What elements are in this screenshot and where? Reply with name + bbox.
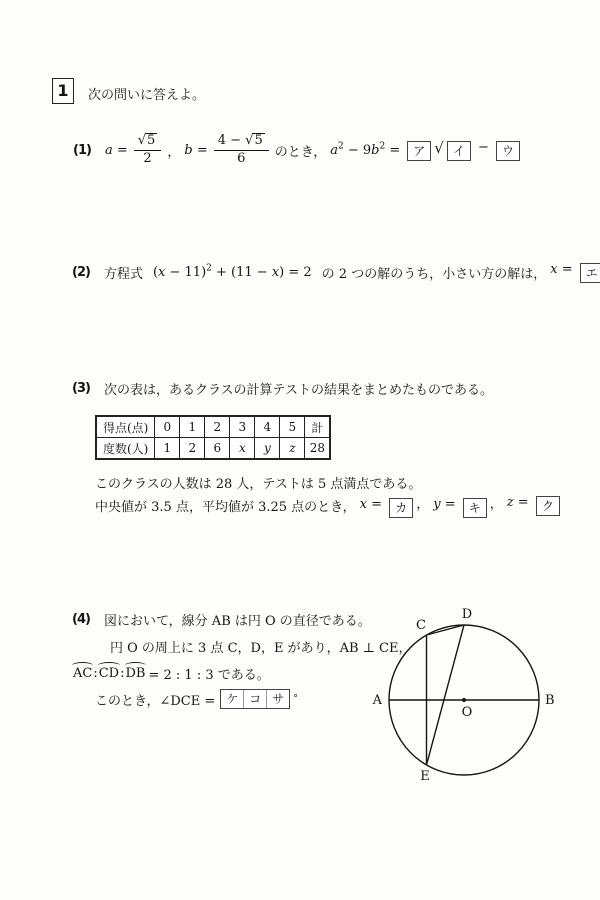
sqrt-radical: √5 bbox=[245, 133, 265, 149]
value-cell: 0 bbox=[155, 416, 180, 438]
q4-arc-ratio: AC : CD : DB = 2 : 1 : 3 である。 bbox=[72, 664, 272, 683]
arc-ratio-value: = 2 : 1 : 3 である。 bbox=[148, 664, 269, 683]
center-label-O: O bbox=[462, 705, 473, 720]
value-cell: 3 bbox=[230, 416, 255, 438]
problem-header: 1 bbox=[52, 78, 74, 104]
point-label-B: B bbox=[545, 693, 555, 708]
problem-instruction: 次の問いに答えよ。 bbox=[88, 84, 205, 103]
q1-comma: ， bbox=[167, 141, 180, 160]
q3-label: (3) bbox=[72, 381, 90, 396]
q1-var-b: b = bbox=[184, 143, 207, 158]
q2-description: の 2 つの解のうち，小さい方の解は， bbox=[322, 263, 547, 282]
q4-line1: 図において，線分 AB は円 O の直径である。 bbox=[104, 610, 371, 629]
value-cell: 2 bbox=[205, 416, 230, 438]
row-label-cell: 度数(人) bbox=[96, 438, 155, 460]
answer-box-ke-ko-sa: ケコサ bbox=[220, 689, 290, 709]
q1-answer: ア√イ − ウ bbox=[404, 139, 523, 161]
arc-CD: CD bbox=[98, 666, 120, 681]
q3-note2: 中央値が 3.5 点，平均値が 3.25 点のとき， bbox=[95, 496, 356, 515]
answer-box-a: ア bbox=[407, 141, 431, 161]
score-table: 得点(点)012345計 度数(人)126xyz28 bbox=[95, 415, 331, 460]
value-cell: z bbox=[280, 438, 305, 460]
q4-label: (4) bbox=[72, 612, 90, 627]
q3-note2-line: 中央値が 3.5 点，平均値が 3.25 点のとき， x = カ， y = キ，… bbox=[95, 494, 565, 516]
table-header-row: 得点(点)012345計 bbox=[96, 416, 330, 438]
value-cell: 計 bbox=[305, 416, 331, 438]
value-cell: 28 bbox=[305, 438, 331, 460]
q1-expression: a2 − 9b2 = bbox=[330, 143, 400, 158]
q4-line2: 円 O の周上に 3 点 C，D，E があり，AB ⊥ CE， bbox=[110, 637, 411, 656]
answer-box-e-o: エオ bbox=[580, 263, 600, 283]
answer-box-ki: キ bbox=[463, 498, 487, 518]
answer-box-i: イ bbox=[447, 141, 471, 161]
circle-figure: A B C D E O bbox=[368, 603, 563, 798]
chord-DE bbox=[427, 625, 465, 765]
point-label-E: E bbox=[420, 769, 430, 784]
point-label-C: C bbox=[416, 618, 426, 633]
answer-sqrt-group: √イ bbox=[434, 139, 474, 161]
point-label-D: D bbox=[462, 607, 472, 622]
value-cell: 6 bbox=[205, 438, 230, 460]
q4-answer-line: このとき，∠DCE = ケコサ° bbox=[95, 688, 298, 710]
q3-answer-y: y = キ， bbox=[433, 493, 503, 518]
q2-label: (2) bbox=[72, 265, 90, 280]
q4-line4: このとき，∠DCE = bbox=[95, 690, 215, 709]
question-1: (1) a = √5 2 ， b = 4 − √5 6 のとき， a2 − 9b… bbox=[73, 131, 525, 169]
arc-DB: DB bbox=[125, 666, 147, 681]
q3-intro: 次の表は，あるクラスの計算テストの結果をまとめたものである。 bbox=[104, 379, 493, 398]
value-cell: x bbox=[230, 438, 255, 460]
q2-answer: x = エオ bbox=[550, 262, 600, 283]
table-data-row: 度数(人)126xyz28 bbox=[96, 438, 330, 460]
value-cell: 1 bbox=[155, 438, 180, 460]
sqrt-radical: √5 bbox=[138, 133, 158, 149]
center-dot bbox=[462, 698, 466, 702]
value-cell: 2 bbox=[180, 438, 205, 460]
answer-box-ka: カ bbox=[389, 498, 413, 518]
row-label-cell: 得点(点) bbox=[96, 416, 155, 438]
point-label-A: A bbox=[372, 693, 383, 708]
question-2: (2) 方程式 (x − 11)2 + (11 − x) = 2 の 2 つの解… bbox=[72, 260, 600, 284]
answer-box-ku: ク bbox=[536, 496, 560, 516]
arc-AC: AC bbox=[72, 666, 93, 681]
q1-var-a: a = bbox=[105, 143, 128, 158]
value-cell: 5 bbox=[280, 416, 305, 438]
question-3: (3) 次の表は，あるクラスの計算テストの結果をまとめたものである。 bbox=[72, 379, 495, 398]
problem-number-box: 1 bbox=[52, 78, 74, 104]
chord-CD bbox=[427, 625, 465, 635]
question-4: (4) 図において，線分 AB は円 O の直径である。 bbox=[72, 610, 373, 629]
q2-equation: (x − 11)2 + (11 − x) = 2 bbox=[153, 265, 312, 280]
exam-page: 1 次の問いに答えよ。 (1) a = √5 2 ， b = 4 − √5 6 … bbox=[0, 0, 600, 900]
value-cell: 4 bbox=[255, 416, 280, 438]
q3-note1: このクラスの人数は 28 人，テストは 5 点満点である。 bbox=[95, 473, 421, 492]
q1-label: (1) bbox=[73, 143, 91, 158]
q1-condition: のとき， bbox=[275, 141, 326, 160]
value-cell: 1 bbox=[180, 416, 205, 438]
q3-answer-x: x = カ， bbox=[360, 493, 430, 518]
q2-lead: 方程式 bbox=[104, 263, 143, 282]
q1-fraction-a: √5 2 bbox=[134, 133, 162, 167]
q3-answer-z: z = ク bbox=[507, 495, 563, 516]
q1-fraction-b: 4 − √5 6 bbox=[214, 133, 269, 167]
answer-box-u: ウ bbox=[496, 141, 520, 161]
value-cell: y bbox=[255, 438, 280, 460]
